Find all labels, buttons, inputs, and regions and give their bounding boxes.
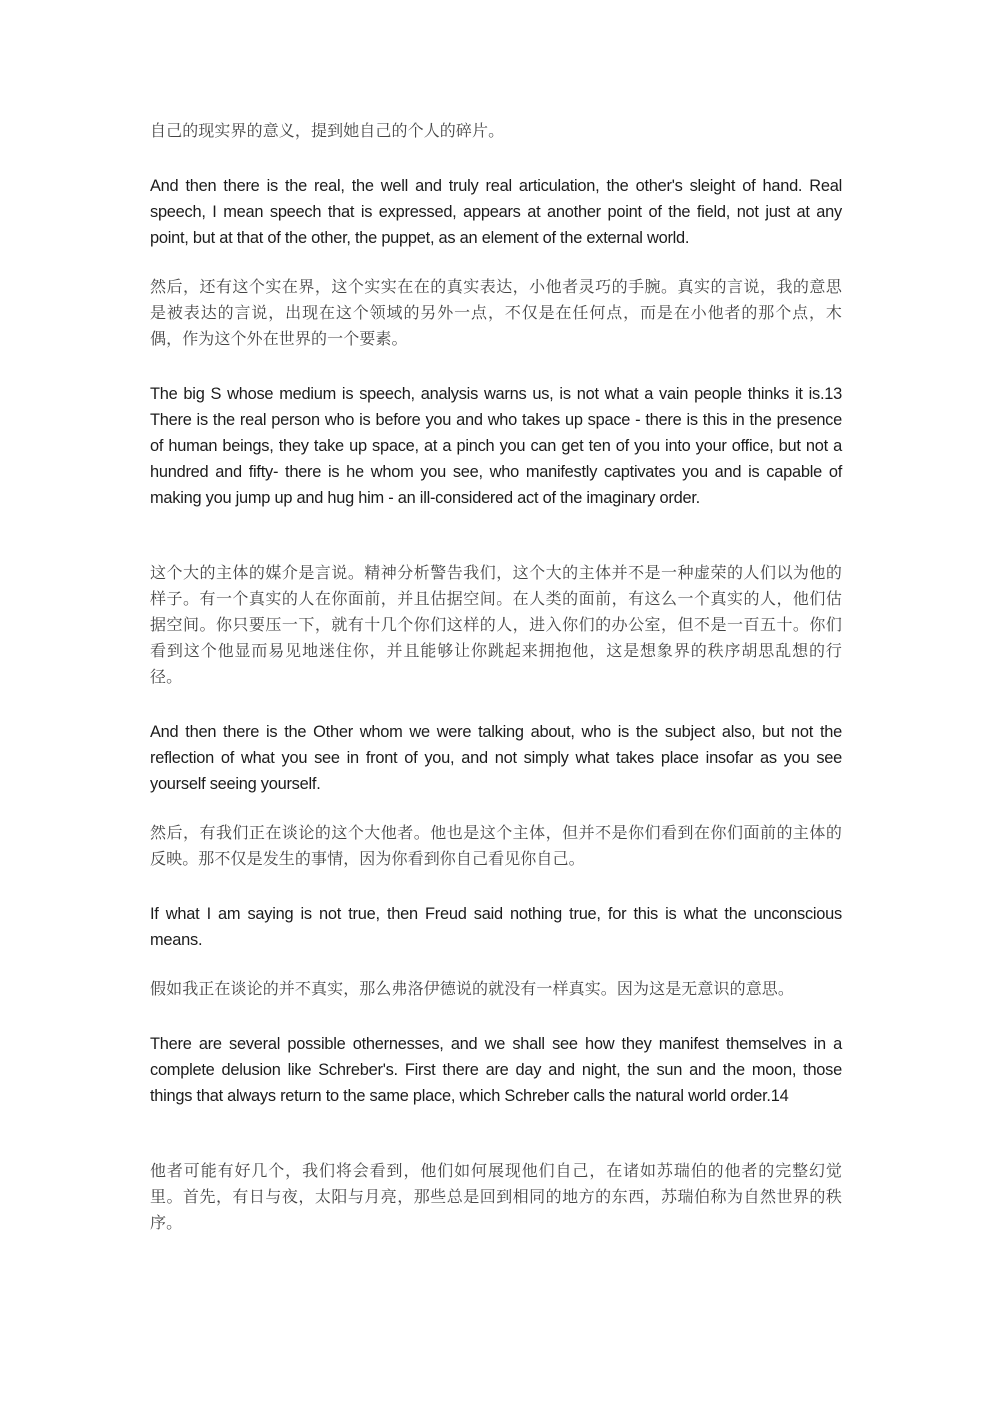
paragraph-zh-3: 这个大的主体的媒介是言说。精神分析警告我们，这个大的主体并不是一种虚荣的人们以为… [150,560,842,690]
paragraph-en-5: There are several possible othernesses, … [150,1031,842,1109]
paragraph-zh-1: 自己的现实界的意义，提到她自己的个人的碎片。 [150,118,842,144]
paragraph-zh-4: 然后，有我们正在谈论的这个大他者。他也是这个主体，但并不是你们看到在你们面前的主… [150,820,842,872]
paragraph-en-3: And then there is the Other whom we were… [150,719,842,797]
paragraph-zh-2: 然后，还有这个实在界，这个实实在在的真实表达，小他者灵巧的手腕。真实的言说，我的… [150,274,842,352]
paragraph-en-1: And then there is the real, the well and… [150,173,842,251]
paragraph-en-2: The big S whose medium is speech, analys… [150,381,842,511]
paragraph-zh-5: 假如我正在谈论的并不真实，那么弗洛伊德说的就没有一样真实。因为这是无意识的意思。 [150,976,842,1002]
paragraph-zh-6: 他者可能有好几个，我们将会看到，他们如何展现他们自己，在诸如苏瑞伯的他者的完整幻… [150,1158,842,1236]
paragraph-en-4: If what I am saying is not true, then Fr… [150,901,842,953]
